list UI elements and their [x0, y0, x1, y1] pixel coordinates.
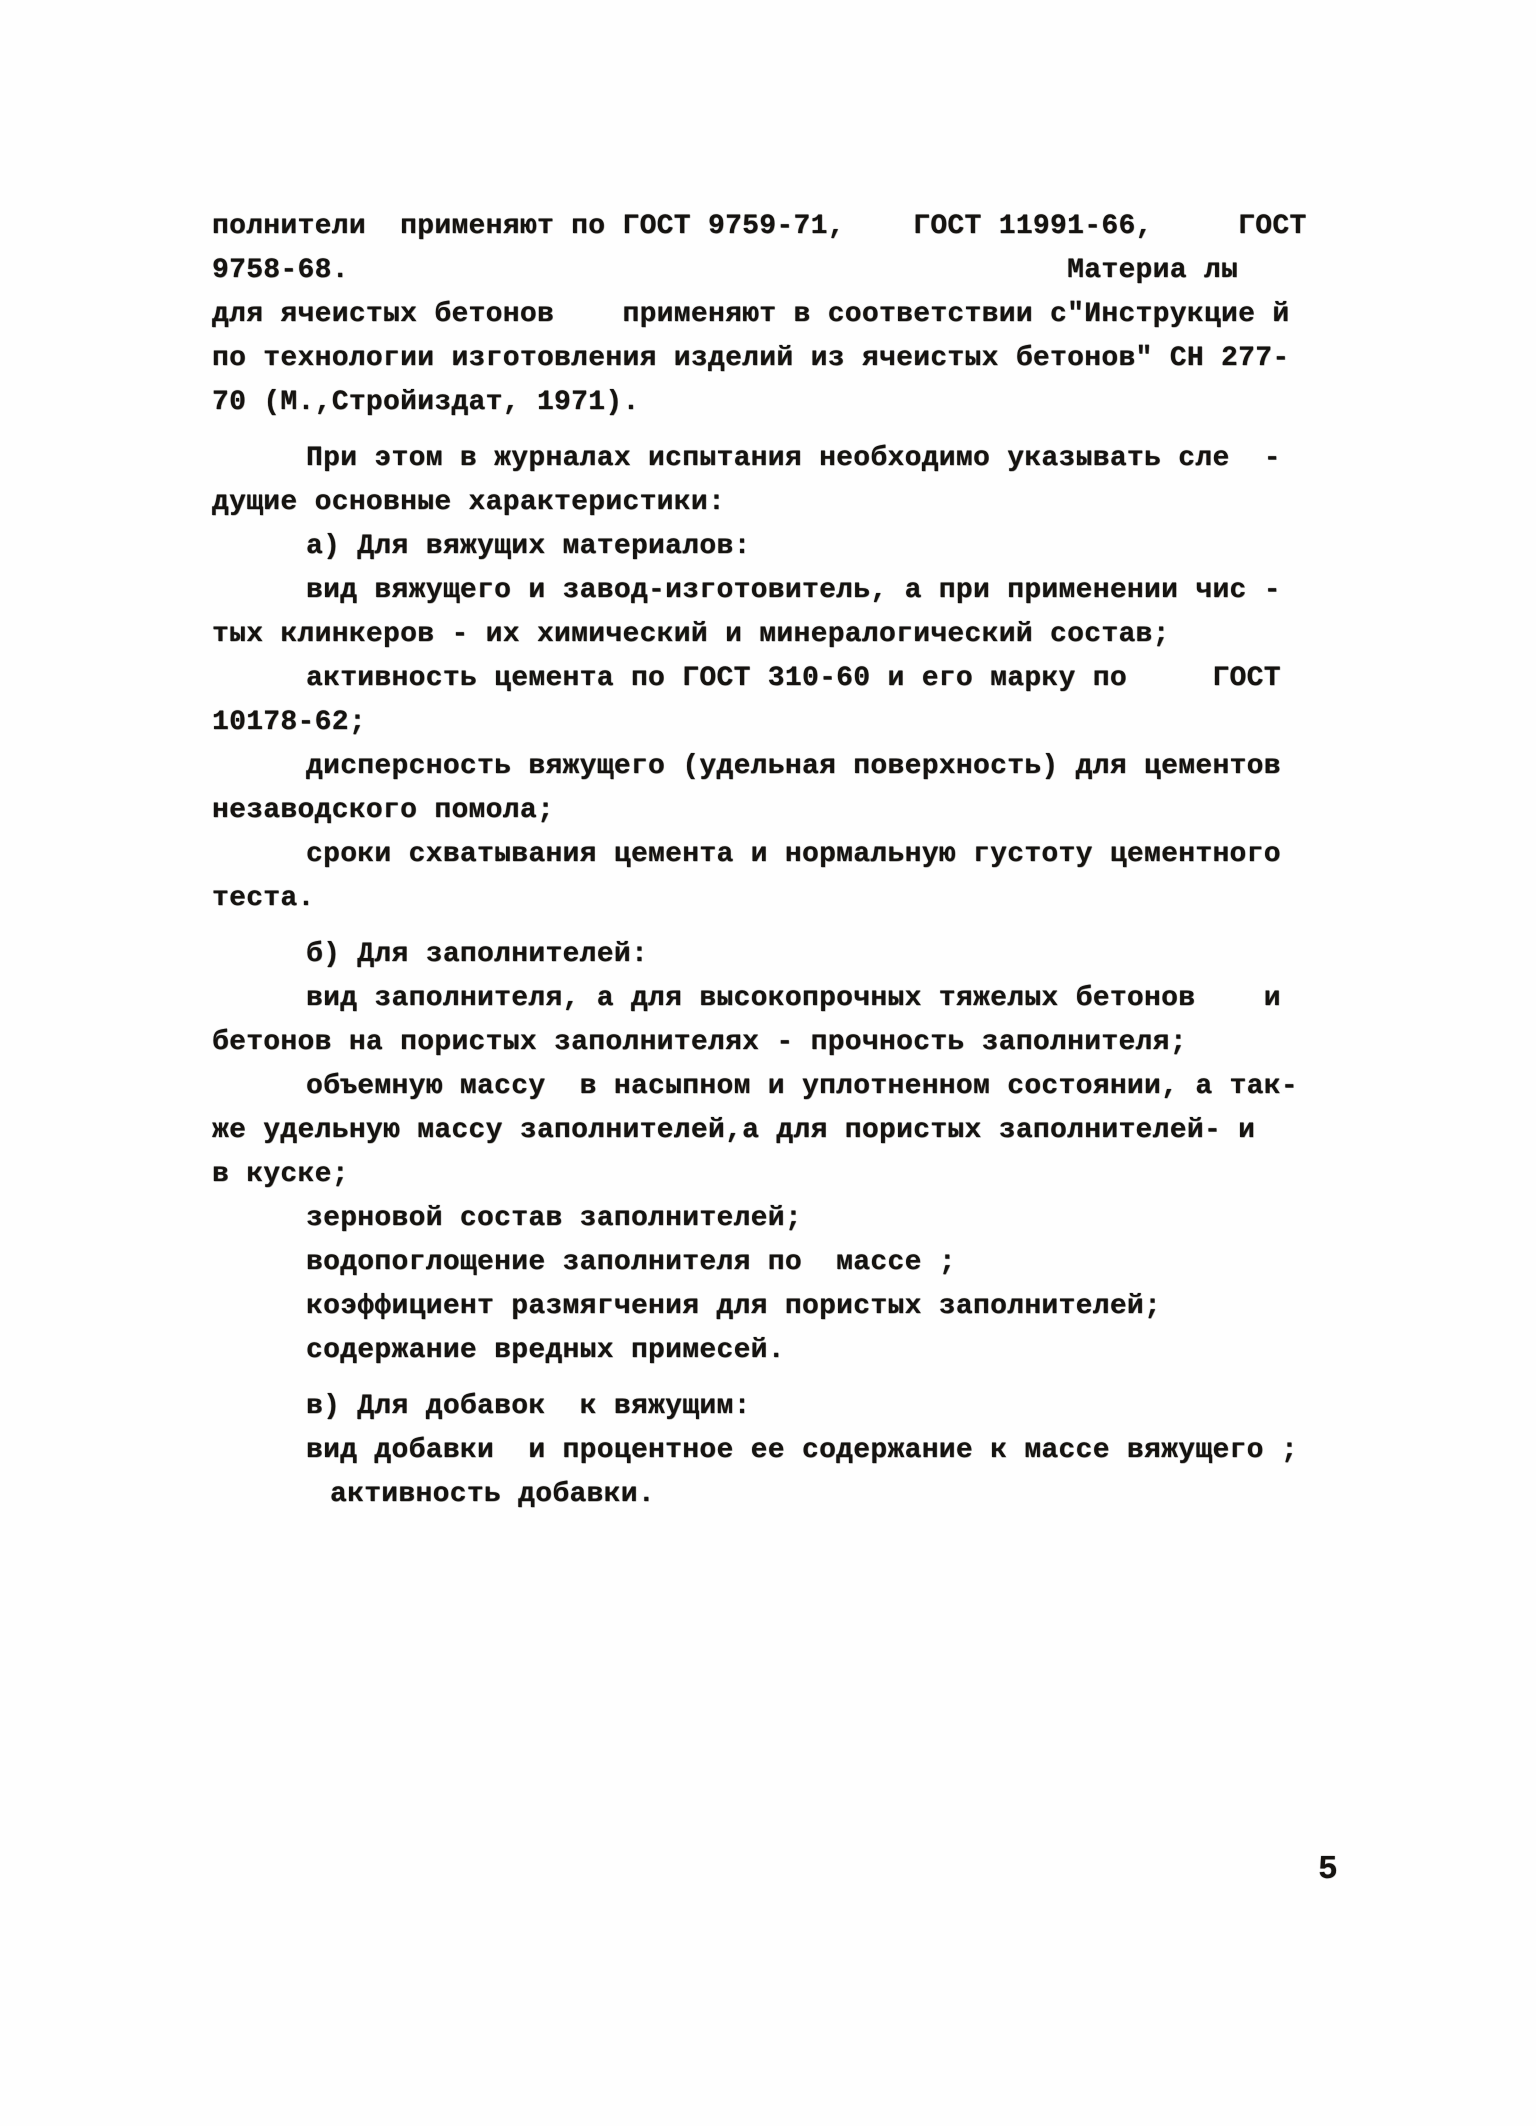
- text-line: тых клинкеров - их химический и минерало…: [212, 613, 1462, 657]
- document-body: полнители применяют по ГОСТ 9759-71, ГОС…: [212, 205, 1462, 1517]
- text-line: коэффициент размягчения для пористых зап…: [212, 1285, 1462, 1329]
- text-line: активность добавки.: [212, 1473, 1462, 1517]
- text-line: в) Для добавок к вяжущим:: [212, 1385, 1462, 1429]
- text-line: для ячеистых бетонов применяют в соответ…: [212, 293, 1462, 337]
- scanned-document-page: полнители применяют по ГОСТ 9759-71, ГОС…: [0, 0, 1536, 2126]
- text-line: зерновой состав заполнителей;: [212, 1197, 1462, 1241]
- text-line: содержание вредных примесей.: [212, 1329, 1462, 1373]
- text-line: незаводского помола;: [212, 789, 1462, 833]
- list-item-a-binders: а) Для вяжущих материалов: вид вяжущего …: [212, 525, 1462, 921]
- text-line: вид добавки и процентное ее содержание к…: [212, 1429, 1462, 1473]
- page-number: 5: [1318, 1850, 1338, 1890]
- text-line: теста.: [212, 877, 1462, 921]
- text-line: 9758-68. Материа лы: [212, 249, 1462, 293]
- text-line: При этом в журналах испытания необходимо…: [212, 437, 1462, 481]
- text-line: активность цемента по ГОСТ 310-60 и его …: [212, 657, 1462, 701]
- text-line: б) Для заполнителей:: [212, 933, 1462, 977]
- text-line: 10178-62;: [212, 701, 1462, 745]
- paragraph-test-journal-requirements: При этом в журналах испытания необходимо…: [212, 437, 1462, 525]
- text-line: а) Для вяжущих материалов:: [212, 525, 1462, 569]
- text-line: по технологии изготовления изделий из яч…: [212, 337, 1462, 381]
- paragraph-gost-references: полнители применяют по ГОСТ 9759-71, ГОС…: [212, 205, 1462, 425]
- text-line: дущие основные характеристики:: [212, 481, 1462, 525]
- text-line: вид вяжущего и завод-изготовитель, а при…: [212, 569, 1462, 613]
- text-line: сроки схватывания цемента и нормальную г…: [212, 833, 1462, 877]
- list-item-b-aggregates: б) Для заполнителей: вид заполнителя, а …: [212, 933, 1462, 1373]
- text-line: в куске;: [212, 1153, 1462, 1197]
- text-line: бетонов на пористых заполнителях - прочн…: [212, 1021, 1462, 1065]
- text-line: полнители применяют по ГОСТ 9759-71, ГОС…: [212, 205, 1462, 249]
- text-line: объемную массу в насыпном и уплотненном …: [212, 1065, 1462, 1109]
- text-line: дисперсность вяжущего (удельная поверхно…: [212, 745, 1462, 789]
- text-line: же удельную массу заполнителей,а для пор…: [212, 1109, 1462, 1153]
- text-line: 70 (М.,Стройиздат, 1971).: [212, 381, 1462, 425]
- list-item-c-additives: в) Для добавок к вяжущим: вид добавки и …: [212, 1385, 1462, 1517]
- text-line: водопоглощение заполнителя по массе ;: [212, 1241, 1462, 1285]
- text-line: вид заполнителя, а для высокопрочных тяж…: [212, 977, 1462, 1021]
